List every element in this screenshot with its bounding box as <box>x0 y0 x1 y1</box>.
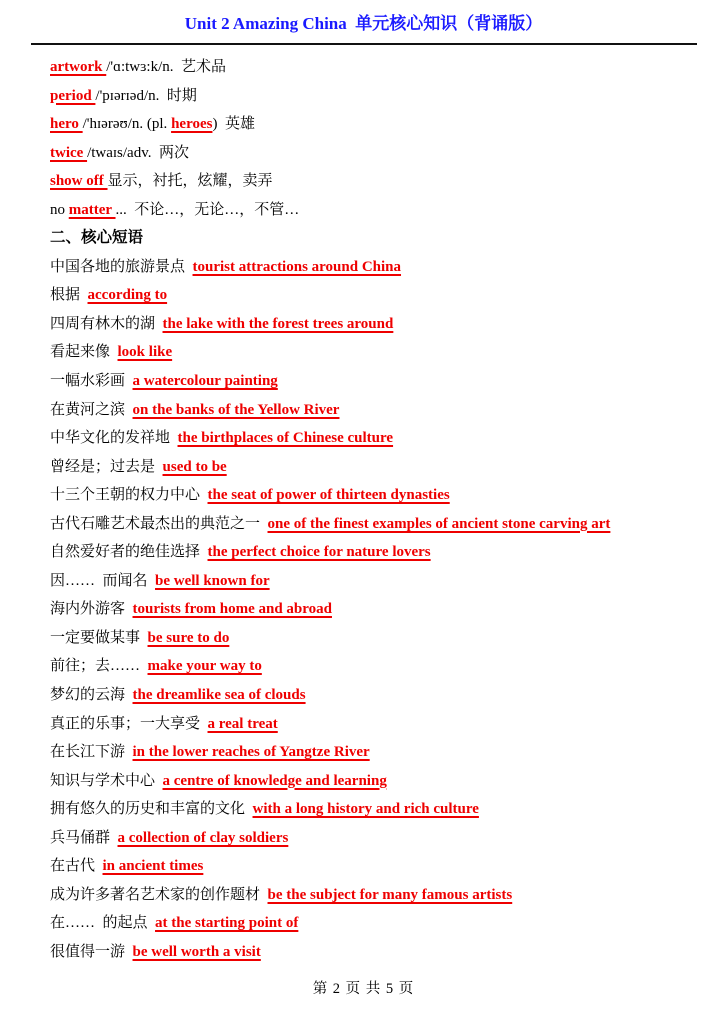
phrase-line: 梦幻的云海 the dreamlike sea of clouds <box>50 681 709 710</box>
key-term: matter <box>69 202 116 218</box>
text-segment: 拥有悠久的历史和丰富的文化 <box>50 801 253 817</box>
phrase-line: 看起来像 look like <box>50 338 709 367</box>
text-segment: 古代石雕艺术最杰出的典范之一 <box>50 516 268 532</box>
text-segment: 中国各地的旅游景点 <box>50 259 193 275</box>
vocab-line: hero /'hɪərəʊ/n. (pl. heroes) 英雄 <box>50 110 709 139</box>
content: artwork /'ɑ:twɜ:k/n. 艺术品period /'pɪərɪəd… <box>0 45 727 967</box>
text-segment: 四周有林木的湖 <box>50 316 163 332</box>
page-title: Unit 2 Amazing China 单元核心知识（背诵版） <box>0 13 727 34</box>
text-segment: 真正的乐事；一大享受 <box>50 716 208 732</box>
key-term: a real treat <box>208 716 278 732</box>
key-term: hero <box>50 116 83 132</box>
text-segment: 根据 <box>50 287 88 303</box>
phrase-line: 中国各地的旅游景点 tourist attractions around Chi… <box>50 253 709 282</box>
key-term: look like <box>118 344 173 360</box>
phrase-line: 兵马俑群 a collection of clay soldiers <box>50 824 709 853</box>
key-term: in ancient times <box>103 858 204 874</box>
key-term: show off <box>50 173 108 189</box>
phrase-line: 海内外游客 tourists from home and abroad <box>50 595 709 624</box>
key-term: a collection of clay soldiers <box>118 830 289 846</box>
key-term: the birthplaces of Chinese culture <box>178 430 394 446</box>
phrase-line: 一定要做某事 be sure to do <box>50 624 709 653</box>
text-segment: 自然爱好者的绝佳选择 <box>50 544 208 560</box>
vocab-line: period /'pɪərɪəd/n. 时期 <box>50 82 709 111</box>
phrase-line: 在…… 的起点 at the starting point of <box>50 909 709 938</box>
phrase-line: 十三个王朝的权力中心 the seat of power of thirteen… <box>50 481 709 510</box>
phrase-line: 曾经是；过去是 used to be <box>50 453 709 482</box>
text-segment: 很值得一游 <box>50 944 133 960</box>
vocab-line: twice /twaɪs/adv. 两次 <box>50 139 709 168</box>
text-segment: 在长江下游 <box>50 744 133 760</box>
key-term: the lake with the forest trees around <box>163 316 394 332</box>
phrase-line: 拥有悠久的历史和丰富的文化 with a long history and ri… <box>50 795 709 824</box>
text-segment: 中华文化的发祥地 <box>50 430 178 446</box>
phrase-line: 在黄河之滨 on the banks of the Yellow River <box>50 396 709 425</box>
text-segment: /twaɪs/adv. 两次 <box>87 145 189 161</box>
vocab-line: show off 显示，衬托，炫耀，卖弄 <box>50 167 709 196</box>
text-segment: 兵马俑群 <box>50 830 118 846</box>
text-segment: ... 不论…，无论…，不管… <box>116 202 300 218</box>
text-segment: 曾经是；过去是 <box>50 459 163 475</box>
text-segment: 看起来像 <box>50 344 118 360</box>
text-segment: 知识与学术中心 <box>50 773 163 789</box>
key-term: tourists from home and abroad <box>133 601 332 617</box>
key-term: be well worth a visit <box>133 944 261 960</box>
text-segment: 在古代 <box>50 858 103 874</box>
key-term: one of the finest examples of ancient st… <box>268 516 611 532</box>
text-segment: ) 英雄 <box>212 116 255 132</box>
text-segment: 显示，衬托，炫耀，卖弄 <box>108 173 273 189</box>
text-segment: 因…… 而闻名 <box>50 573 155 589</box>
phrase-line: 四周有林木的湖 the lake with the forest trees a… <box>50 310 709 339</box>
text-segment: 前往；去…… <box>50 658 148 674</box>
phrase-line: 因…… 而闻名 be well known for <box>50 567 709 596</box>
key-term: be sure to do <box>148 630 230 646</box>
key-term: period <box>50 88 95 104</box>
phrase-line: 中华文化的发祥地 the birthplaces of Chinese cult… <box>50 424 709 453</box>
key-term: tourist attractions around China <box>193 259 402 275</box>
phrase-line: 古代石雕艺术最杰出的典范之一 one of the finest example… <box>50 510 709 539</box>
page-number: 第 2 页 共 5 页 <box>0 977 727 998</box>
key-term: a watercolour painting <box>133 373 278 389</box>
phrase-line: 很值得一游 be well worth a visit <box>50 938 709 967</box>
key-term: at the starting point of <box>155 915 298 931</box>
key-term: the dreamlike sea of clouds <box>133 687 306 703</box>
key-term: with a long history and rich culture <box>253 801 479 817</box>
key-term: the perfect choice for nature lovers <box>208 544 431 560</box>
text-segment: 梦幻的云海 <box>50 687 133 703</box>
section-heading: 二、核心短语 <box>50 224 709 253</box>
text-segment: 成为许多著名艺术家的创作题材 <box>50 887 268 903</box>
text-segment: 在…… 的起点 <box>50 915 155 931</box>
text-segment: no <box>50 202 69 218</box>
text-segment: 一定要做某事 <box>50 630 148 646</box>
key-term: heroes <box>171 116 212 132</box>
text-segment: 在黄河之滨 <box>50 402 133 418</box>
phrase-line: 一幅水彩画 a watercolour painting <box>50 367 709 396</box>
text-segment: 二、核心短语 <box>50 229 143 246</box>
key-term: according to <box>88 287 168 303</box>
key-term: be the subject for many famous artists <box>268 887 513 903</box>
key-term: the seat of power of thirteen dynasties <box>208 487 450 503</box>
text-segment: 一幅水彩画 <box>50 373 133 389</box>
phrase-line: 成为许多著名艺术家的创作题材 be the subject for many f… <box>50 881 709 910</box>
key-term: in the lower reaches of Yangtze River <box>133 744 370 760</box>
key-term: twice <box>50 145 87 161</box>
text-segment: 十三个王朝的权力中心 <box>50 487 208 503</box>
text-segment: /'ɑ:twɜ:k/n. 艺术品 <box>106 59 226 75</box>
key-term: used to be <box>163 459 227 475</box>
phrase-line: 真正的乐事；一大享受 a real treat <box>50 710 709 739</box>
phrase-line: 知识与学术中心 a centre of knowledge and learni… <box>50 767 709 796</box>
key-term: on the banks of the Yellow River <box>133 402 340 418</box>
key-term: be well known for <box>155 573 270 589</box>
text-segment: /'hɪərəʊ/n. (pl. <box>83 116 171 132</box>
text-segment: 海内外游客 <box>50 601 133 617</box>
phrase-line: 在古代 in ancient times <box>50 852 709 881</box>
vocab-line: no matter ... 不论…，无论…，不管… <box>50 196 709 225</box>
text-segment: /'pɪərɪəd/n. 时期 <box>95 88 196 104</box>
key-term: make your way to <box>148 658 262 674</box>
phrase-line: 前往；去…… make your way to <box>50 652 709 681</box>
phrase-line: 自然爱好者的绝佳选择 the perfect choice for nature… <box>50 538 709 567</box>
document-page: Unit 2 Amazing China 单元核心知识（背诵版） artwork… <box>0 0 727 1024</box>
vocab-line: artwork /'ɑ:twɜ:k/n. 艺术品 <box>50 53 709 82</box>
key-term: artwork <box>50 59 106 75</box>
key-term: a centre of knowledge and learning <box>163 773 387 789</box>
phrase-line: 在长江下游 in the lower reaches of Yangtze Ri… <box>50 738 709 767</box>
phrase-line: 根据 according to <box>50 281 709 310</box>
